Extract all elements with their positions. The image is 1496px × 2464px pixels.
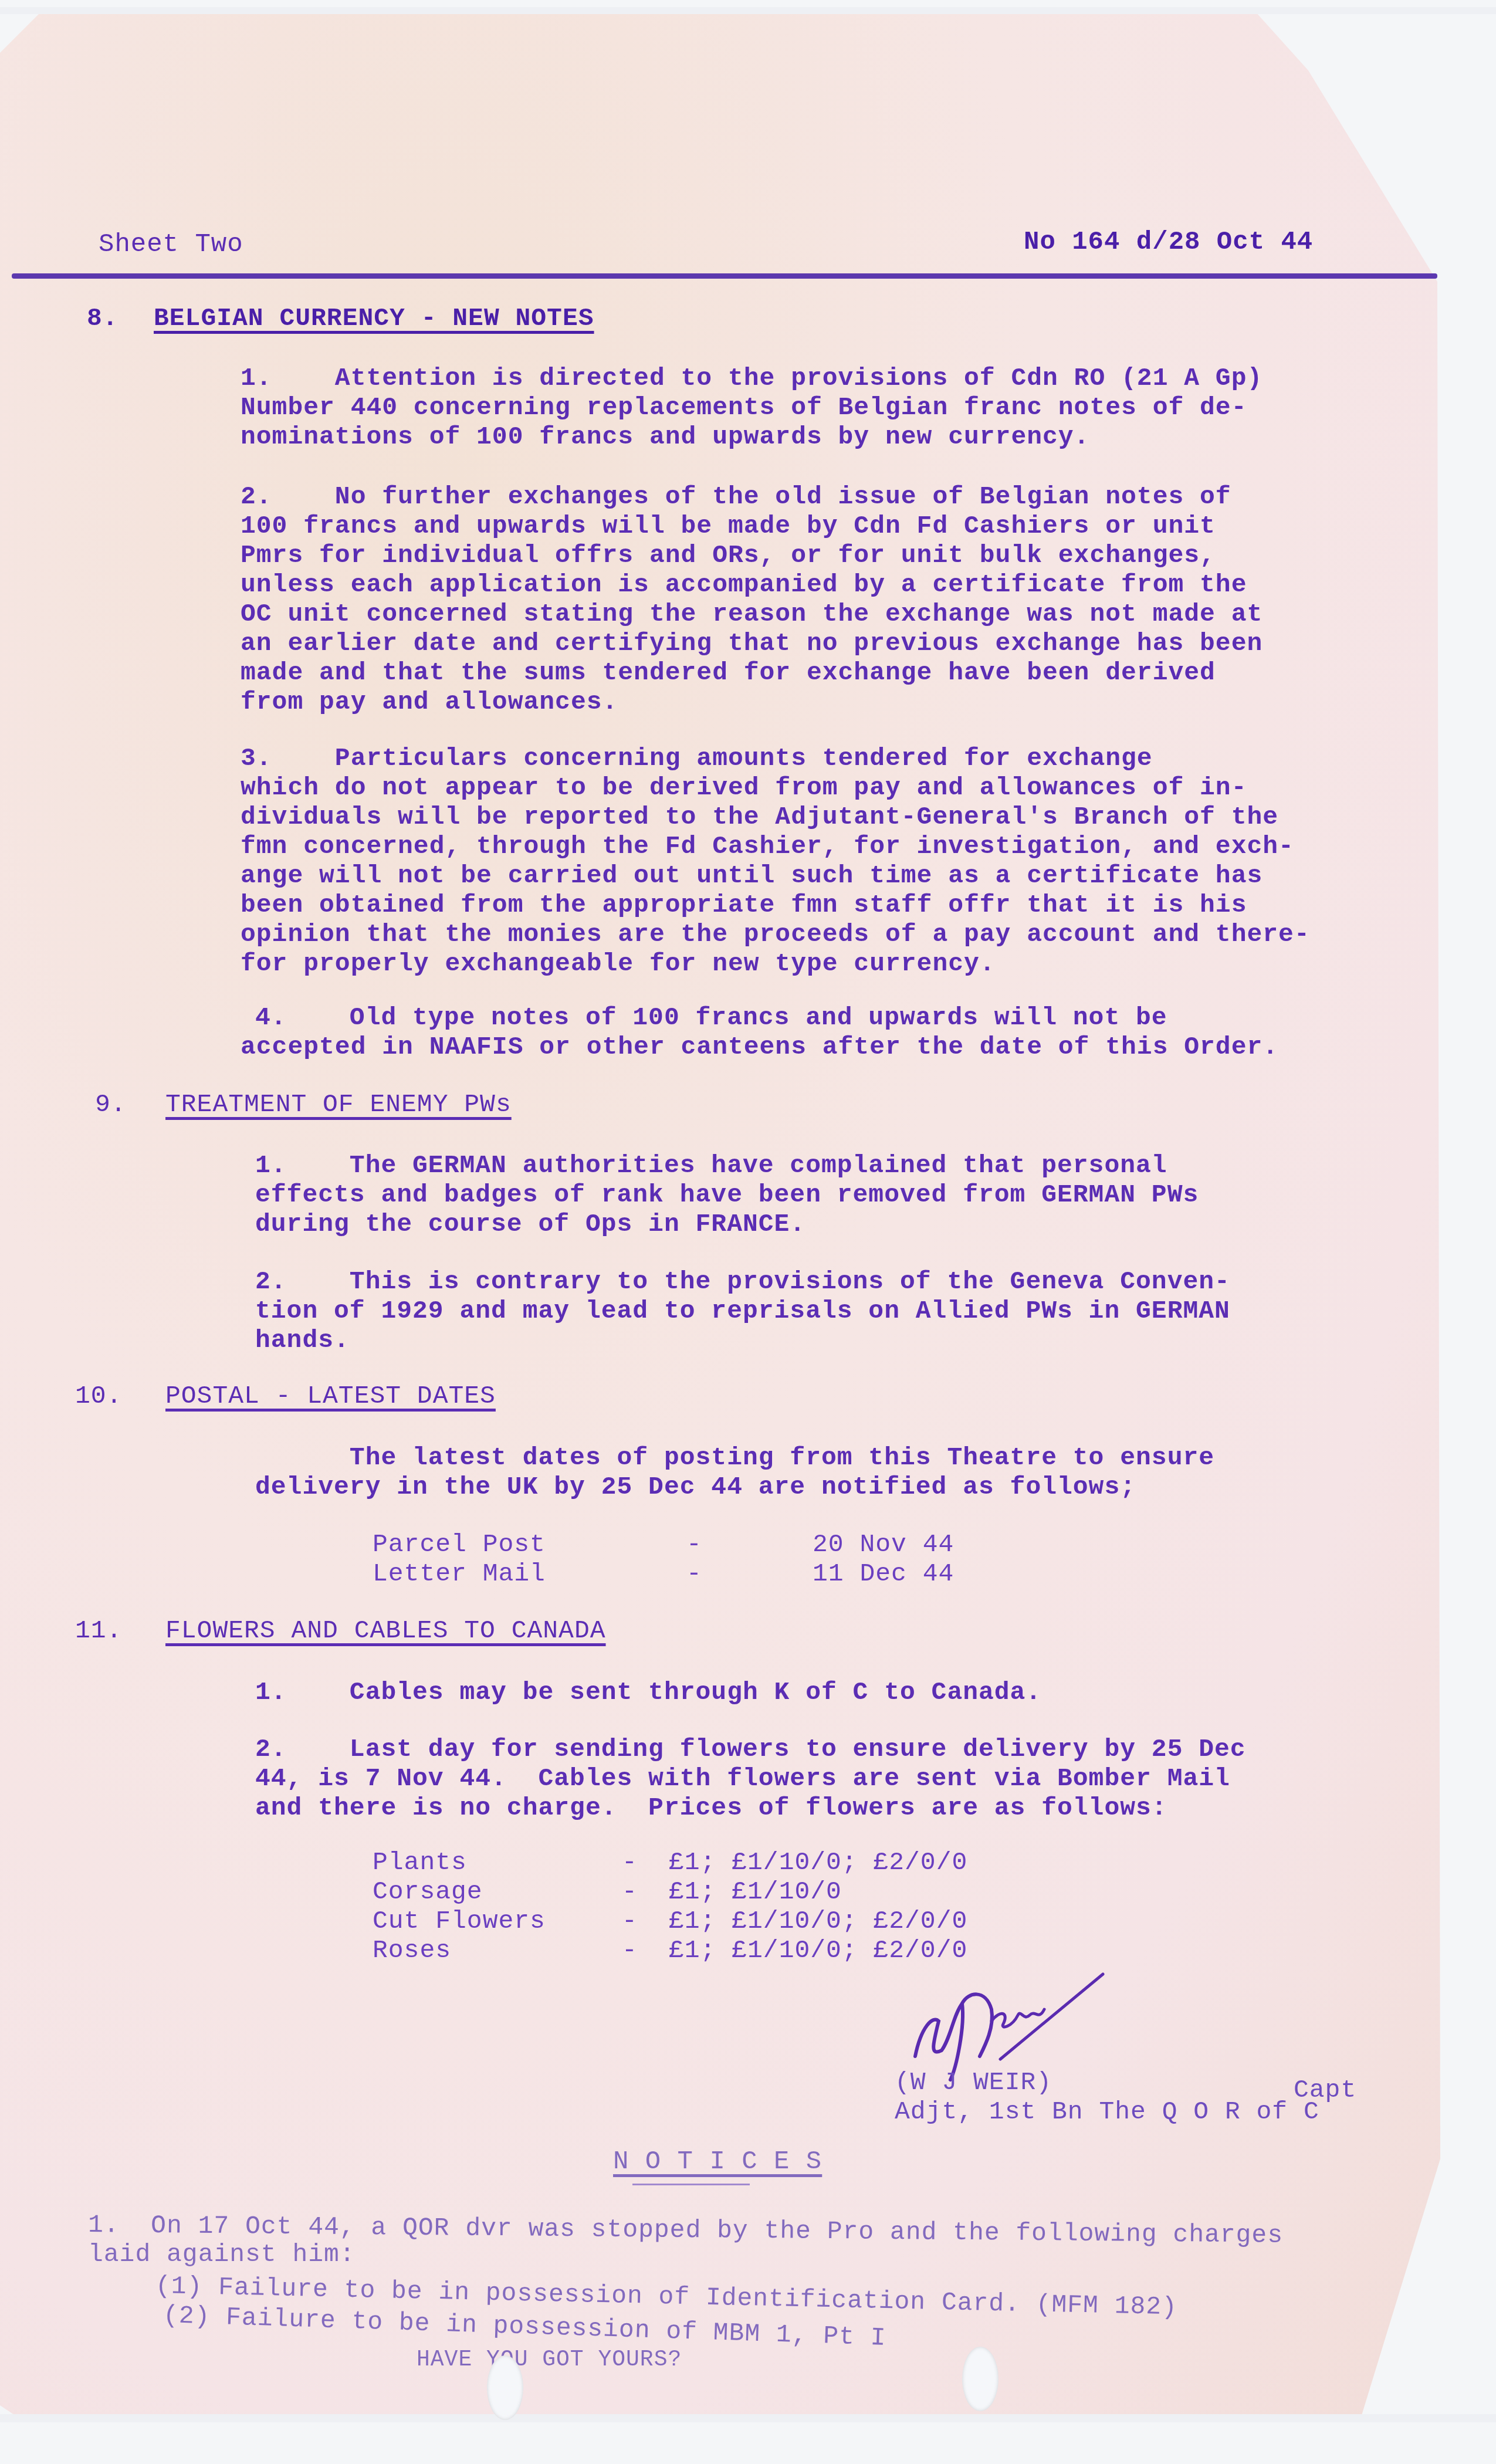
s8-p2-l7: made and that the sums tendered for exch… [241, 658, 1216, 688]
s8-p1-l3: nominations of 100 francs and upwards by… [241, 422, 1089, 452]
postal-item-parcel: Parcel Post [373, 1530, 546, 1559]
price-item-cut-flowers: Cut Flowers [373, 1907, 546, 1936]
s9-p2-l2: tion of 1929 and may lead to reprisals o… [255, 1297, 1230, 1326]
price-item-corsage: Corsage [373, 1877, 483, 1907]
s9-p1-l2: effects and badges of rank have been rem… [255, 1180, 1199, 1210]
section-8-number: 8. [87, 304, 119, 333]
price-item-roses: Roses [373, 1936, 451, 1965]
section-11-title: FLOWERS AND CABLES TO CANADA [165, 1616, 606, 1646]
s8-p1-l2: Number 440 concerning replacements of Be… [241, 393, 1247, 422]
s8-p2-l4: unless each application is accompanied b… [241, 570, 1247, 600]
s11-p2-l3: and there is no charge. Prices of flower… [255, 1793, 1167, 1823]
s8-p4-l2: accepted in NAAFIS or other canteens aft… [241, 1033, 1278, 1062]
notice-closing: HAVE YOU GOT YOURS? [417, 2345, 682, 2375]
section-10-number: 10. [75, 1382, 122, 1411]
price-sep: - [622, 1848, 638, 1877]
s9-p1-l1: 1. The GERMAN authorities have complaine… [255, 1151, 1167, 1180]
s10-intro-l1: The latest dates of posting from this Th… [255, 1443, 1214, 1473]
price-values-cut-flowers: £1; £1/10/0; £2/0/0 [669, 1907, 967, 1936]
price-values-corsage: £1; £1/10/0 [669, 1877, 842, 1907]
s11-p2-l2: 44, is 7 Nov 44. Cables with flowers are… [255, 1764, 1230, 1793]
price-values-plants: £1; £1/10/0; £2/0/0 [669, 1848, 967, 1877]
s8-p1-l1: 1. Attention is directed to the provisio… [241, 364, 1263, 393]
s8-p3-l7: opinion that the monies are the proceeds… [241, 920, 1310, 949]
s8-p2-l2: 100 francs and upwards will be made by C… [241, 512, 1216, 541]
s8-p3-l2: which do not appear to be derived from p… [241, 773, 1247, 803]
s8-p3-l1: 3. Particulars concerning amounts tender… [241, 744, 1153, 773]
s8-p3-l8: for properly exchangeable for new type c… [241, 949, 996, 979]
s9-p1-l3: during the course of Ops in FRANCE. [255, 1210, 805, 1239]
s9-p2-l3: hands. [255, 1326, 350, 1355]
s8-p3-l5: ange will not be carried out until such … [241, 861, 1263, 891]
s8-p2-l5: OC unit concerned stating the reason the… [241, 600, 1263, 629]
price-item-plants: Plants [373, 1848, 467, 1877]
s8-p2-l6: an earlier date and certifying that no p… [241, 629, 1263, 658]
postal-date-parcel: 20 Nov 44 [813, 1530, 954, 1559]
s8-p3-l6: been obtained from the appropriate fmn s… [241, 891, 1247, 920]
s10-intro-l2: delivery in the UK by 25 Dec 44 are noti… [255, 1473, 1136, 1502]
price-sep: - [622, 1877, 638, 1907]
s8-p2-l8: from pay and allowances. [241, 688, 618, 717]
s8-p3-l4: fmn concerned, through the Fd Cashier, f… [241, 832, 1294, 861]
postal-sep: - [686, 1559, 702, 1589]
section-9-title: TREATMENT OF ENEMY PWs [165, 1090, 512, 1119]
s8-p4-l1: 4. Old type notes of 100 francs and upwa… [255, 1003, 1167, 1033]
s8-p2-l3: Pmrs for individual offrs and ORs, or fo… [241, 541, 1216, 570]
price-sep: - [622, 1936, 638, 1965]
scan-edge-bottom [0, 2414, 1496, 2422]
order-reference: No 164 d/28 Oct 44 [1024, 228, 1313, 257]
header-rule [12, 273, 1437, 279]
punch-hole-left [487, 2355, 523, 2420]
s8-p3-l3: dividuals will be reported to the Adjuta… [241, 803, 1278, 832]
postal-date-letter: 11 Dec 44 [813, 1559, 954, 1589]
punch-hole-right [962, 2347, 999, 2411]
s9-p2-l1: 2. This is contrary to the provisions of… [255, 1267, 1230, 1297]
signatory-name: (W J WEIR) [895, 2068, 1052, 2097]
s8-p2-l1: 2. No further exchanges of the old issue… [241, 482, 1231, 512]
notices-double-underline [632, 2184, 750, 2185]
postal-item-letter: Letter Mail [373, 1559, 546, 1589]
section-10-title: POSTAL - LATEST DATES [165, 1382, 496, 1411]
s11-p2-l1: 2. Last day for sending flowers to ensur… [255, 1735, 1246, 1764]
scan-edge-top [0, 7, 1496, 14]
section-11-number: 11. [75, 1616, 122, 1646]
signatory-appointment: Adjt, 1st Bn The Q O R of C [895, 2097, 1319, 2127]
section-9-number: 9. [95, 1090, 127, 1119]
price-sep: - [622, 1907, 638, 1936]
section-8-title: BELGIAN CURRENCY - NEW NOTES [154, 304, 594, 333]
s11-p1-l1: 1. Cables may be sent through K of C to … [255, 1678, 1041, 1707]
sheet-label: Sheet Two [99, 230, 243, 259]
notices-title: N O T I C E S [613, 2147, 822, 2177]
postal-sep: - [686, 1530, 702, 1559]
notice-1-l2: laid against him: [88, 2240, 356, 2269]
